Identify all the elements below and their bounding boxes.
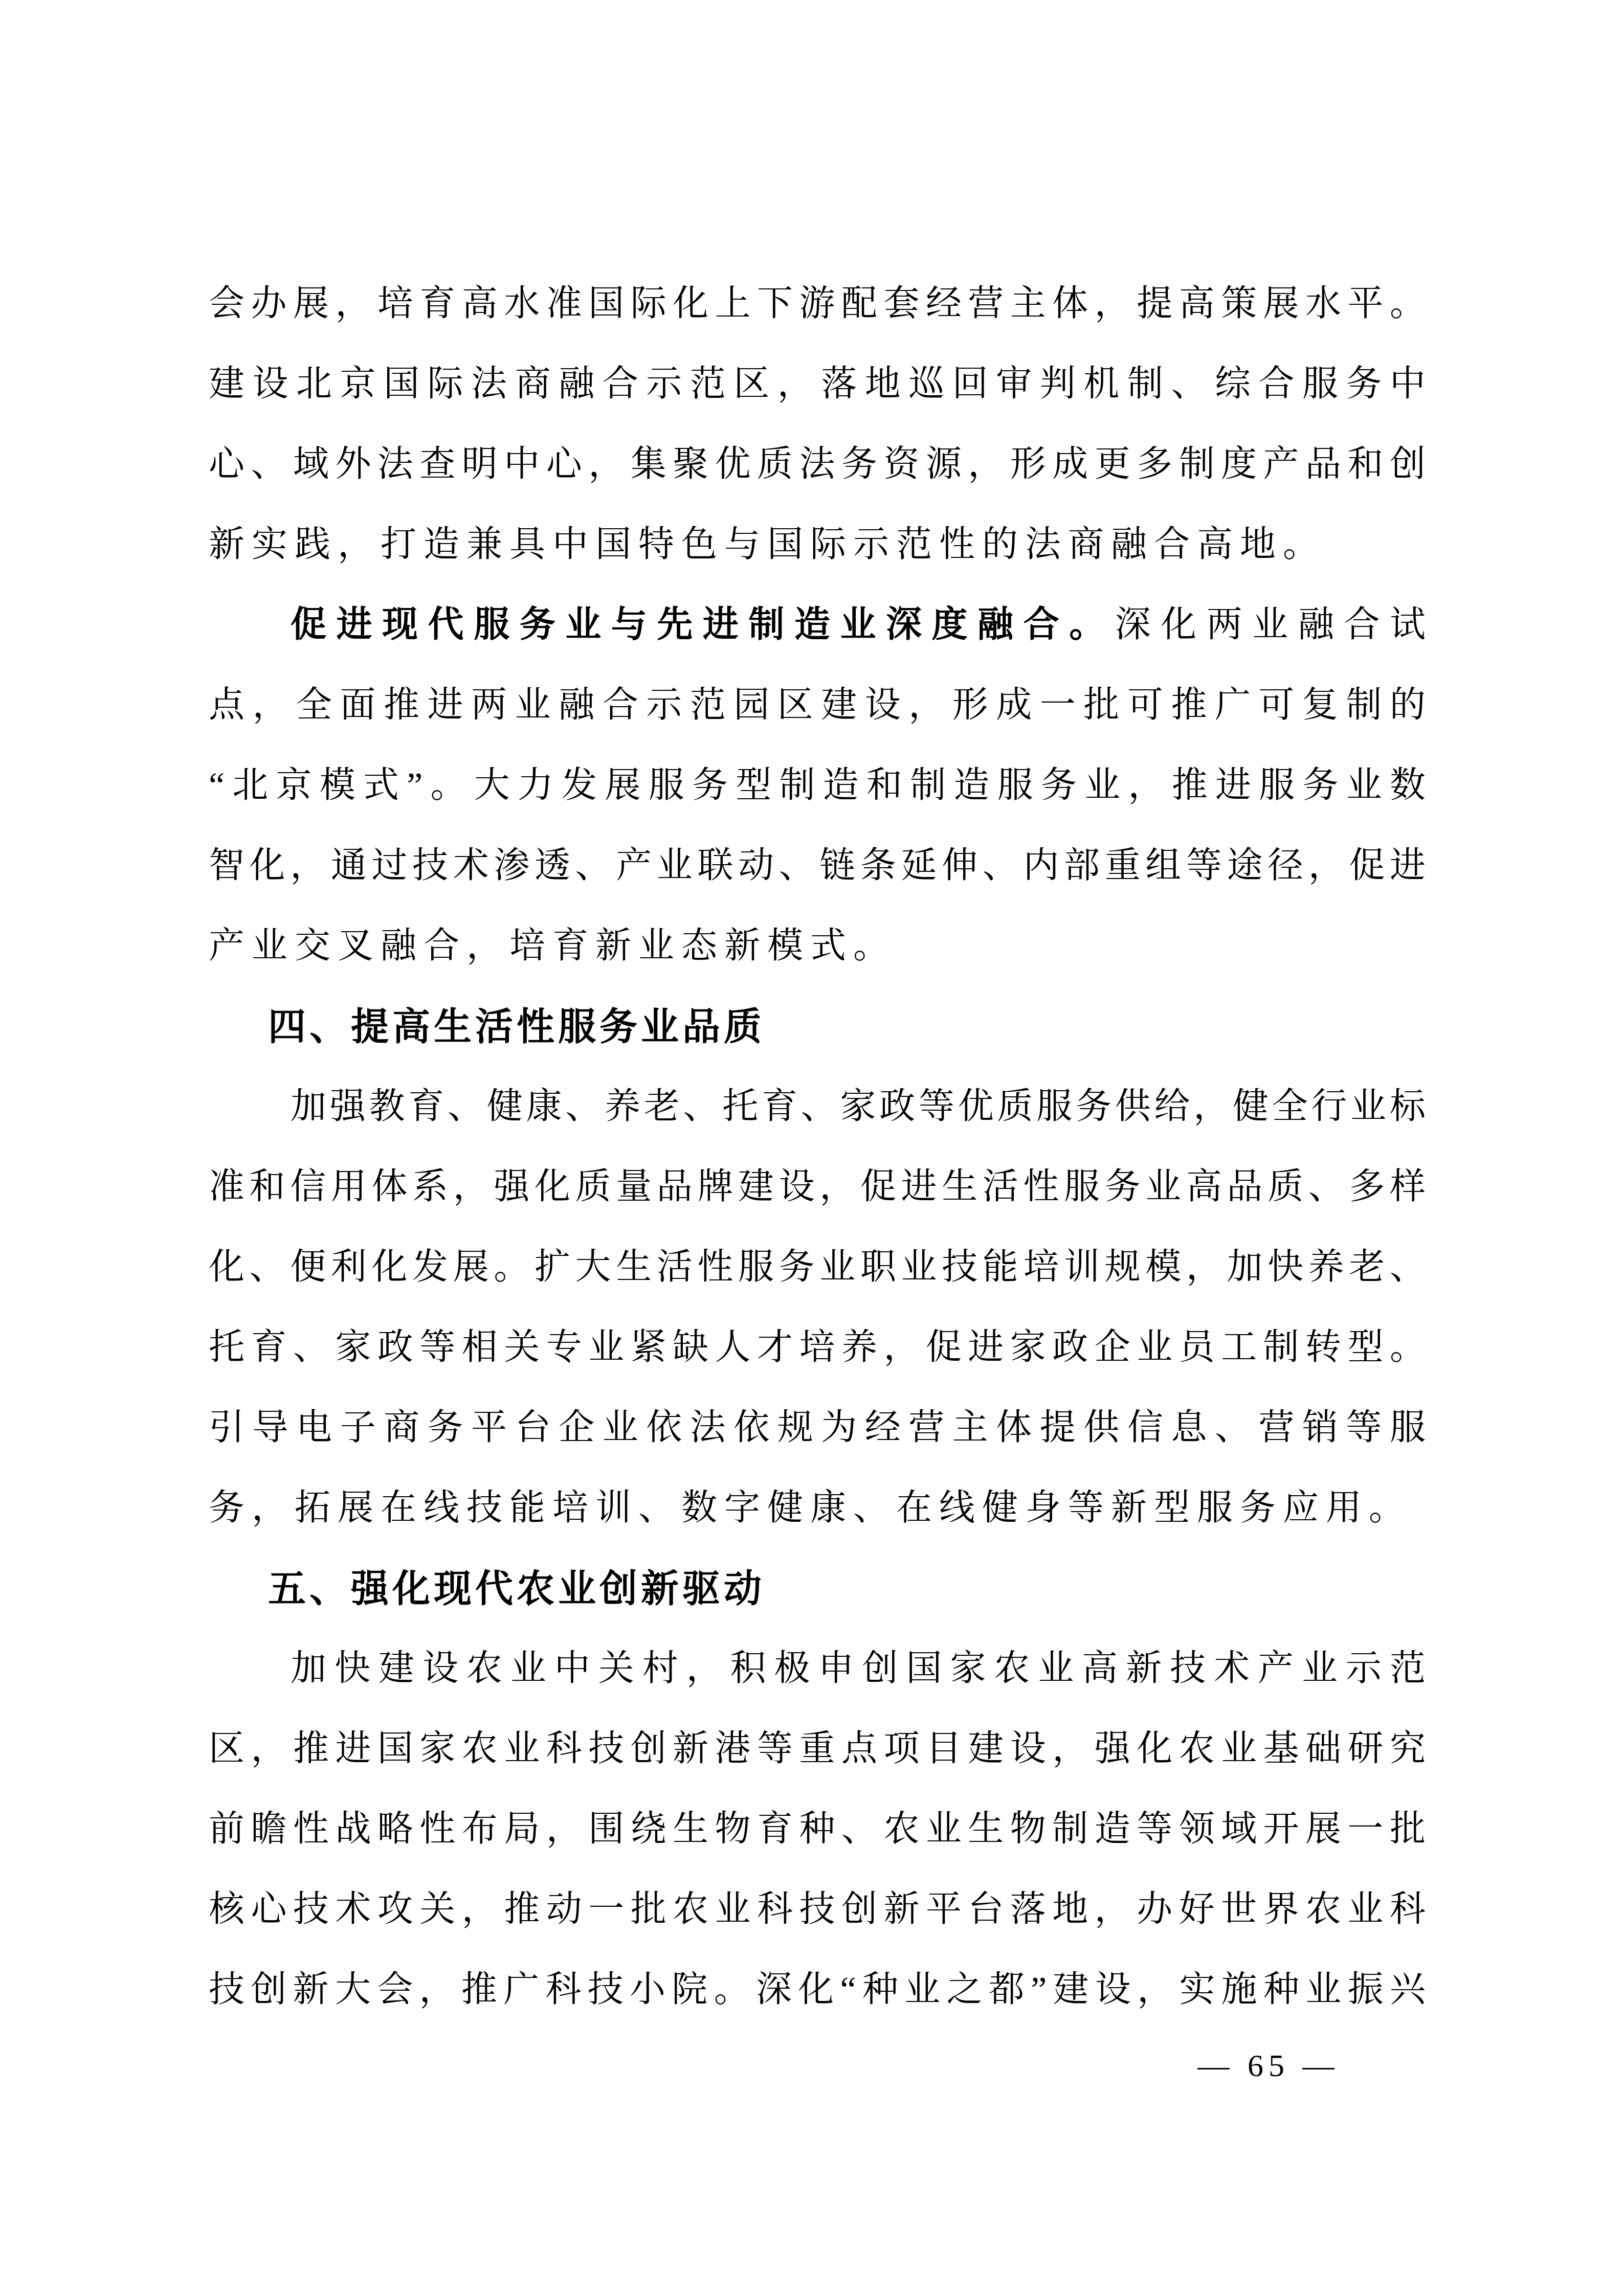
body-line: 化、便利化发展。扩大生活性服务业职业技能培训规模，加快养老、 [209, 1227, 1427, 1308]
body-line: 新实践，打造兼具中国特色与国际示范性的法商融合高地。 [209, 505, 1427, 585]
body-line: 会办展，培育高水准国际化上下游配套经营主体，提高策展水平。 [209, 264, 1427, 344]
body-line: 心、域外法查明中心，集聚优质法务资源，形成更多制度产品和创 [209, 424, 1427, 505]
body-line: 加快建设农业中关村，积极申创国家农业高新技术产业示范 [209, 1629, 1427, 1709]
body-line: “北京模式”。大力发展服务型制造和制造服务业，推进服务业数 [209, 746, 1427, 826]
body-line: 点，全面推进两业融合示范园区建设，形成一批可推广可复制的 [209, 665, 1427, 746]
body-line: 务，拓展在线技能培训、数字健康、在线健身等新型服务应用。 [209, 1468, 1427, 1548]
body-line: 智化，通过技术渗透、产业联动、链条延伸、内部重组等途径，促进 [209, 826, 1427, 906]
paragraph-lead-rest: 深化两业融合试 [1115, 605, 1427, 645]
body-line: 引导电子商务平台企业依法依规为经营主体提供信息、营销等服 [209, 1388, 1427, 1468]
body-line: 前瞻性战略性布局，围绕生物育种、农业生物制造等领域开展一批 [209, 1789, 1427, 1870]
body-line: 促进现代服务业与先进制造业深度融合。深化两业融合试 [209, 585, 1427, 665]
body-line: 加强教育、健康、养老、托育、家政等优质服务供给，健全行业标 [209, 1067, 1427, 1147]
body-line: 区，推进国家农业科技创新港等重点项目建设，强化农业基础研究 [209, 1709, 1427, 1789]
body-line: 技创新大会，推广科技小院。深化“种业之都”建设，实施种业振兴 [209, 1950, 1427, 2030]
page-number: — 65 — [1125, 2038, 1412, 2094]
body-line: 核心技术攻关，推动一批农业科技创新平台落地，办好世界农业科 [209, 1870, 1427, 1950]
section-heading-5: 五、强化现代农业创新驱动 [209, 1548, 1427, 1629]
body-line: 产业交叉融合，培育新业态新模式。 [209, 906, 1427, 986]
section-heading-4: 四、提高生活性服务业品质 [209, 986, 1427, 1067]
body-line: 准和信用体系，强化质量品牌建设，促进生活性服务业高品质、多样 [209, 1147, 1427, 1227]
paragraph-lead-bold: 促进现代服务业与先进制造业深度融合。 [291, 605, 1115, 645]
body-line: 托育、家政等相关专业紧缺人才培养，促进家政企业员工制转型。 [209, 1308, 1427, 1388]
document-body: 会办展，培育高水准国际化上下游配套经营主体，提高策展水平。 建设北京国际法商融合… [209, 264, 1427, 2030]
document-page: 会办展，培育高水准国际化上下游配套经营主体，提高策展水平。 建设北京国际法商融合… [0, 0, 1624, 2296]
body-line: 建设北京国际法商融合示范区，落地巡回审判机制、综合服务中 [209, 344, 1427, 424]
